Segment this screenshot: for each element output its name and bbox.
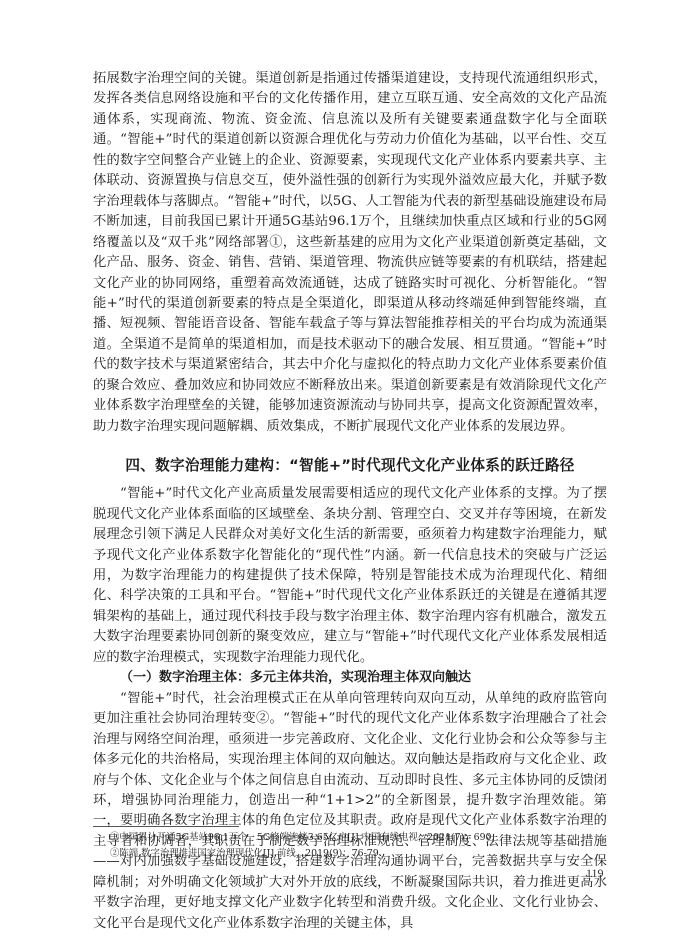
section-heading: 四、数字治理能力建构：“智能+”时代现代文化产业体系的跃迁路径 xyxy=(93,456,607,476)
subsection-heading: （一）数字治理主体：多元主体共治，实现治理主体双向触达 xyxy=(93,668,607,688)
footnote-divider xyxy=(93,826,239,827)
body-paragraph-2: “智能+”时代文化产业高质量发展需要相适应的现代文化产业体系的支撑。为了摆脱现代… xyxy=(93,484,607,668)
page-number: 119 xyxy=(586,866,604,881)
footnotes: ①中国累计开通5G基站96.1万个 5G终端连接3.65亿户[J].中国有线电视… xyxy=(110,830,494,861)
body-paragraph-3: “智能+”时代，社会治理模式正在从单向管理转向双向互动，从单纯的政府监管向更加注… xyxy=(93,689,607,934)
body-paragraph-1: 拓展数字治理空间的关键。渠道创新是指通过传播渠道建设，支持现代流通组织形式，发挥… xyxy=(93,69,607,437)
page-body: 拓展数字治理空间的关键。渠道创新是指通过传播渠道建设，支持现代流通组织形式，发挥… xyxy=(93,69,607,934)
footnote-2: ②陈端.数字治理推进国家治理现代化[J].前线，2019(9)：76-79. xyxy=(110,846,494,862)
footnote-1: ①中国累计开通5G基站96.1万个 5G终端连接3.65亿户[J].中国有线电视… xyxy=(110,830,494,846)
